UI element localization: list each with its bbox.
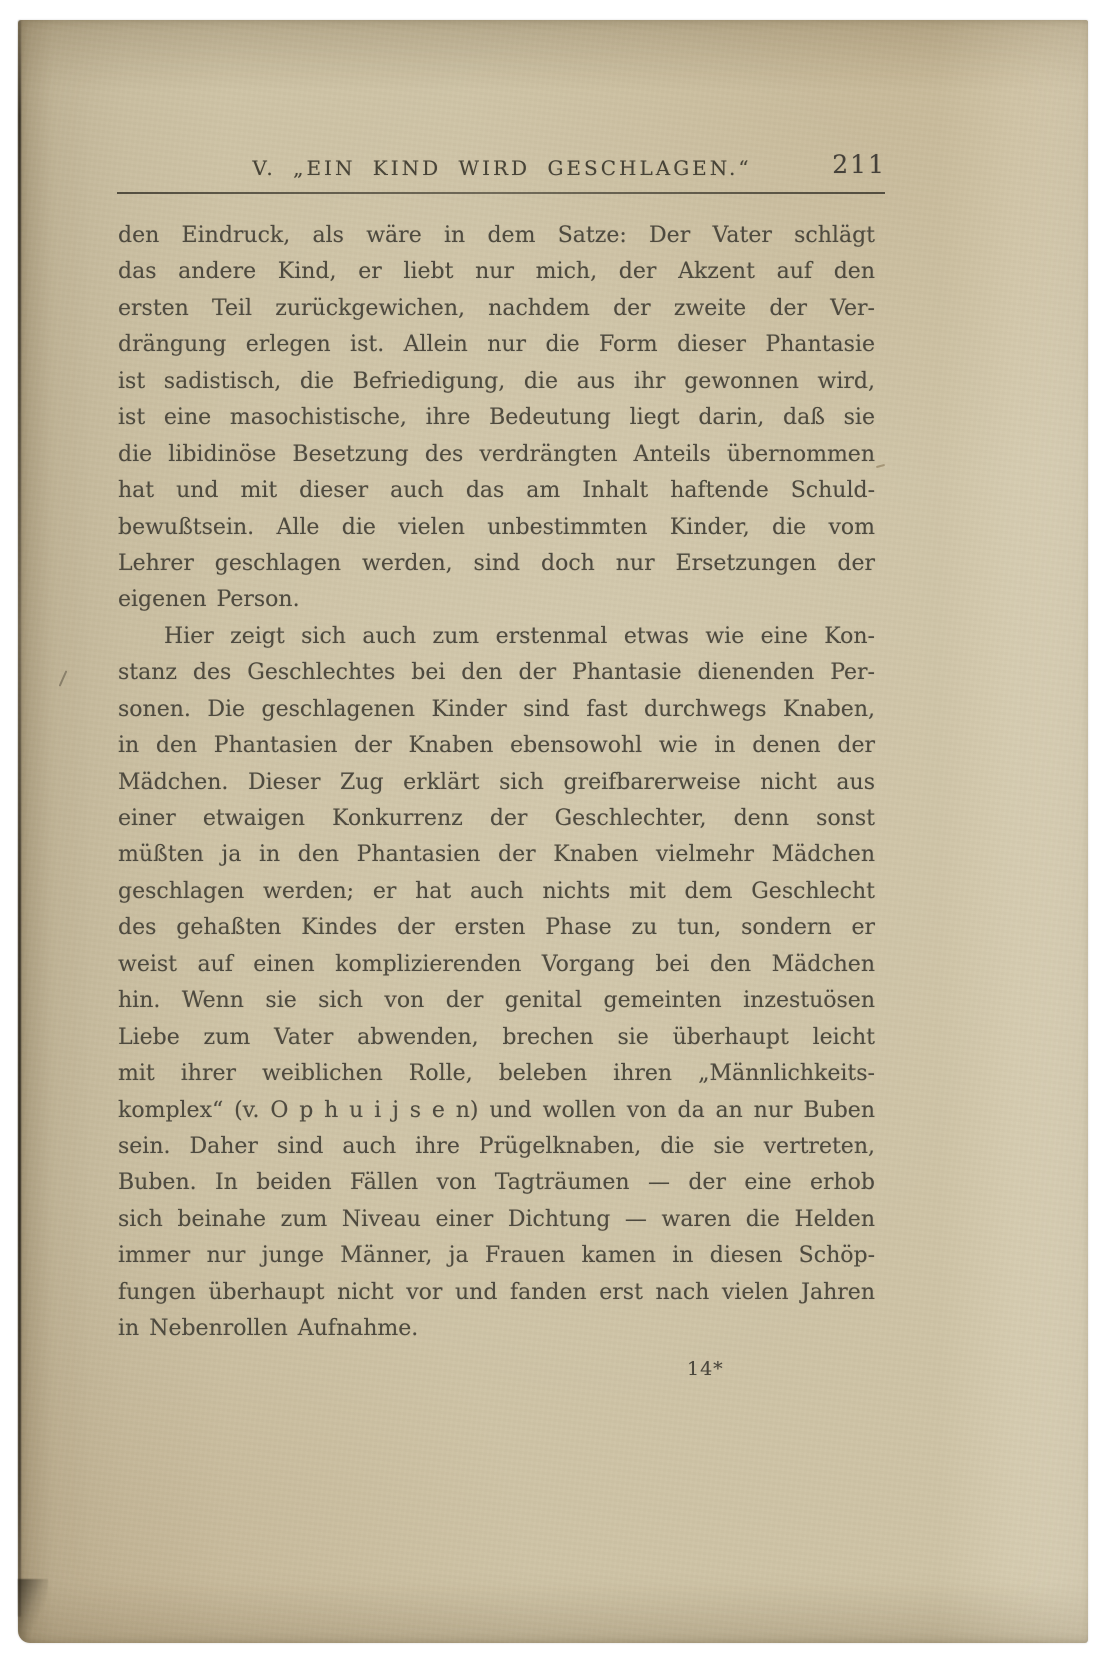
text-line: müßten ja in den Phantasien der Knaben v… xyxy=(118,837,875,873)
text-line: ist sadistisch, die Befriedigung, die au… xyxy=(118,364,875,400)
text-line: komplex“ (v. O p h u i j s e n) und woll… xyxy=(118,1093,875,1129)
text-line: ist eine masochistische, ihre Bedeutung … xyxy=(118,400,875,436)
text-line: ersten Teil zurückgewichen, nachdem der … xyxy=(118,291,875,327)
text-line: stanz des Geschlechtes bei den der Phant… xyxy=(118,655,875,691)
page-number: 211 xyxy=(832,150,886,179)
text-block: den Eindruck, als wäre in dem Satze: Der… xyxy=(118,218,875,1348)
page-corner-curl xyxy=(18,1579,48,1643)
text-line: sich beinahe zum Niveau einer Dichtung —… xyxy=(118,1202,875,1238)
text-line: den Eindruck, als wäre in dem Satze: Der… xyxy=(118,218,875,254)
text-line: Hier zeigt sich auch zum erstenmal etwas… xyxy=(118,619,875,655)
text-line: geschlagen werden; er hat auch nichts mi… xyxy=(118,874,875,910)
text-line: hat und mit dieser auch das am Inhalt ha… xyxy=(118,473,875,509)
text-line: Lehrer geschlagen werden, sind doch nur … xyxy=(118,546,875,582)
text-line: immer nur junge Männer, ja Frauen kamen … xyxy=(118,1238,875,1274)
text-line: drängung erlegen ist. Allein nur die For… xyxy=(118,327,875,363)
smudge xyxy=(876,464,885,468)
text-line: das andere Kind, er liebt nur mich, der … xyxy=(118,254,875,290)
text-line: mit ihrer weiblichen Rolle, beleben ihre… xyxy=(118,1056,875,1092)
text-line: Liebe zum Vater abwenden, brechen sie üb… xyxy=(118,1020,875,1056)
smudge xyxy=(59,670,68,686)
signature-mark: 14* xyxy=(687,1358,724,1380)
text-line: sein. Daher sind auch ihre Prügelknaben,… xyxy=(118,1129,875,1165)
text-line: hin. Wenn sie sich von der genital gemei… xyxy=(118,983,875,1019)
text-line: Mädchen. Dieser Zug erklärt sich greifba… xyxy=(118,765,875,801)
text-line: bewußtsein. Alle die vielen unbestimmten… xyxy=(118,510,875,546)
text-line: fungen überhaupt nicht vor und fanden er… xyxy=(118,1275,875,1311)
text-line: sonen. Die geschlagenen Kinder sind fast… xyxy=(118,692,875,728)
text-line: die libidinöse Besetzung des verdrängten… xyxy=(118,437,875,473)
running-title: V. „EIN KIND WIRD GESCHLAGEN.“ xyxy=(118,150,886,180)
book-page: V. „EIN KIND WIRD GESCHLAGEN.“ 211 den E… xyxy=(18,20,1088,1643)
page-left-edge-shadow xyxy=(18,20,21,1617)
text-line: einer etwaigen Konkurrenz der Geschlecht… xyxy=(118,801,875,837)
scan-background: V. „EIN KIND WIRD GESCHLAGEN.“ 211 den E… xyxy=(0,0,1105,1662)
text-line: in Nebenrollen Aufnahme. xyxy=(118,1311,875,1347)
text-line: des gehaßten Kindes der ersten Phase zu … xyxy=(118,910,875,946)
text-line: Buben. In beiden Fällen von Tagträumen —… xyxy=(118,1165,875,1201)
header-rule xyxy=(117,192,885,194)
text-line: weist auf einen komplizierenden Vorgang … xyxy=(118,947,875,983)
page-header: V. „EIN KIND WIRD GESCHLAGEN.“ 211 xyxy=(118,150,886,190)
text-line: in den Phantasien der Knaben ebensowohl … xyxy=(118,728,875,764)
text-line: eigenen Person. xyxy=(118,582,875,618)
